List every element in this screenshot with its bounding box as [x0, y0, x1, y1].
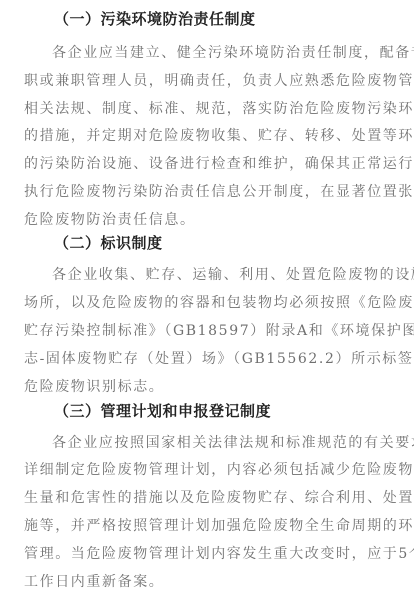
section-3-line-6: 工作日内重新备案。 — [24, 571, 164, 591]
section-1-line-4: 的措施，并定期对危险废物收集、贮存、转移、处置等环节 — [24, 125, 414, 145]
section-3-heading: （三）管理计划和申报登记制度 — [54, 400, 271, 421]
section-1-line-7: 危险废物防治责任信息。 — [24, 209, 196, 229]
section-1-line-6: 执行危险废物污染防治责任信息公开制度，在显著位置张贴 — [24, 181, 414, 201]
section-3-line-3: 生量和危害性的措施以及危险废物贮存、综合利用、处置措 — [24, 487, 414, 507]
section-3-line-2: 详细制定危险废物管理计划，内容必须包括减少危险废物产 — [24, 459, 414, 479]
section-1-line-1: 各企业应当建立、健全污染环境防治责任制度，配备专 — [52, 42, 414, 62]
section-1-line-5: 的污染防治设施、设备进行检查和维护，确保其正常运行； — [24, 153, 414, 173]
section-2-line-4: 志-固体废物贮存（处置）场》（GB15562.2）所示标签设置 — [24, 348, 414, 368]
section-1-heading: （一）污染环境防治责任制度 — [54, 8, 256, 29]
section-2-line-2: 场所，以及危险废物的容器和包装物均必须按照《危险废物 — [24, 292, 414, 312]
section-1-line-2: 职或兼职管理人员，明确责任，负责人应熟悉危险废物管理 — [24, 70, 414, 90]
section-3-line-4: 施等，并严格按照管理计划加强危险废物全生命周期的环境 — [24, 515, 414, 535]
section-2-heading: （二）标识制度 — [54, 232, 163, 253]
section-3-line-1: 各企业应按照国家相关法律法规和标准规范的有关要求， — [52, 432, 414, 452]
section-2-line-3: 贮存污染控制标准》（GB18597）附录A和《环境保护图形标 — [24, 320, 414, 340]
section-2-line-5: 危险废物识别标志。 — [24, 376, 164, 396]
section-1-line-3: 相关法规、制度、标准、规范，落实防治危险废物污染环境 — [24, 98, 414, 118]
section-2-line-1: 各企业收集、贮存、运输、利用、处置危险废物的设施、 — [52, 264, 414, 284]
section-3-line-5: 管理。当危险废物管理计划内容发生重大改变时，应于5个 — [24, 543, 414, 563]
